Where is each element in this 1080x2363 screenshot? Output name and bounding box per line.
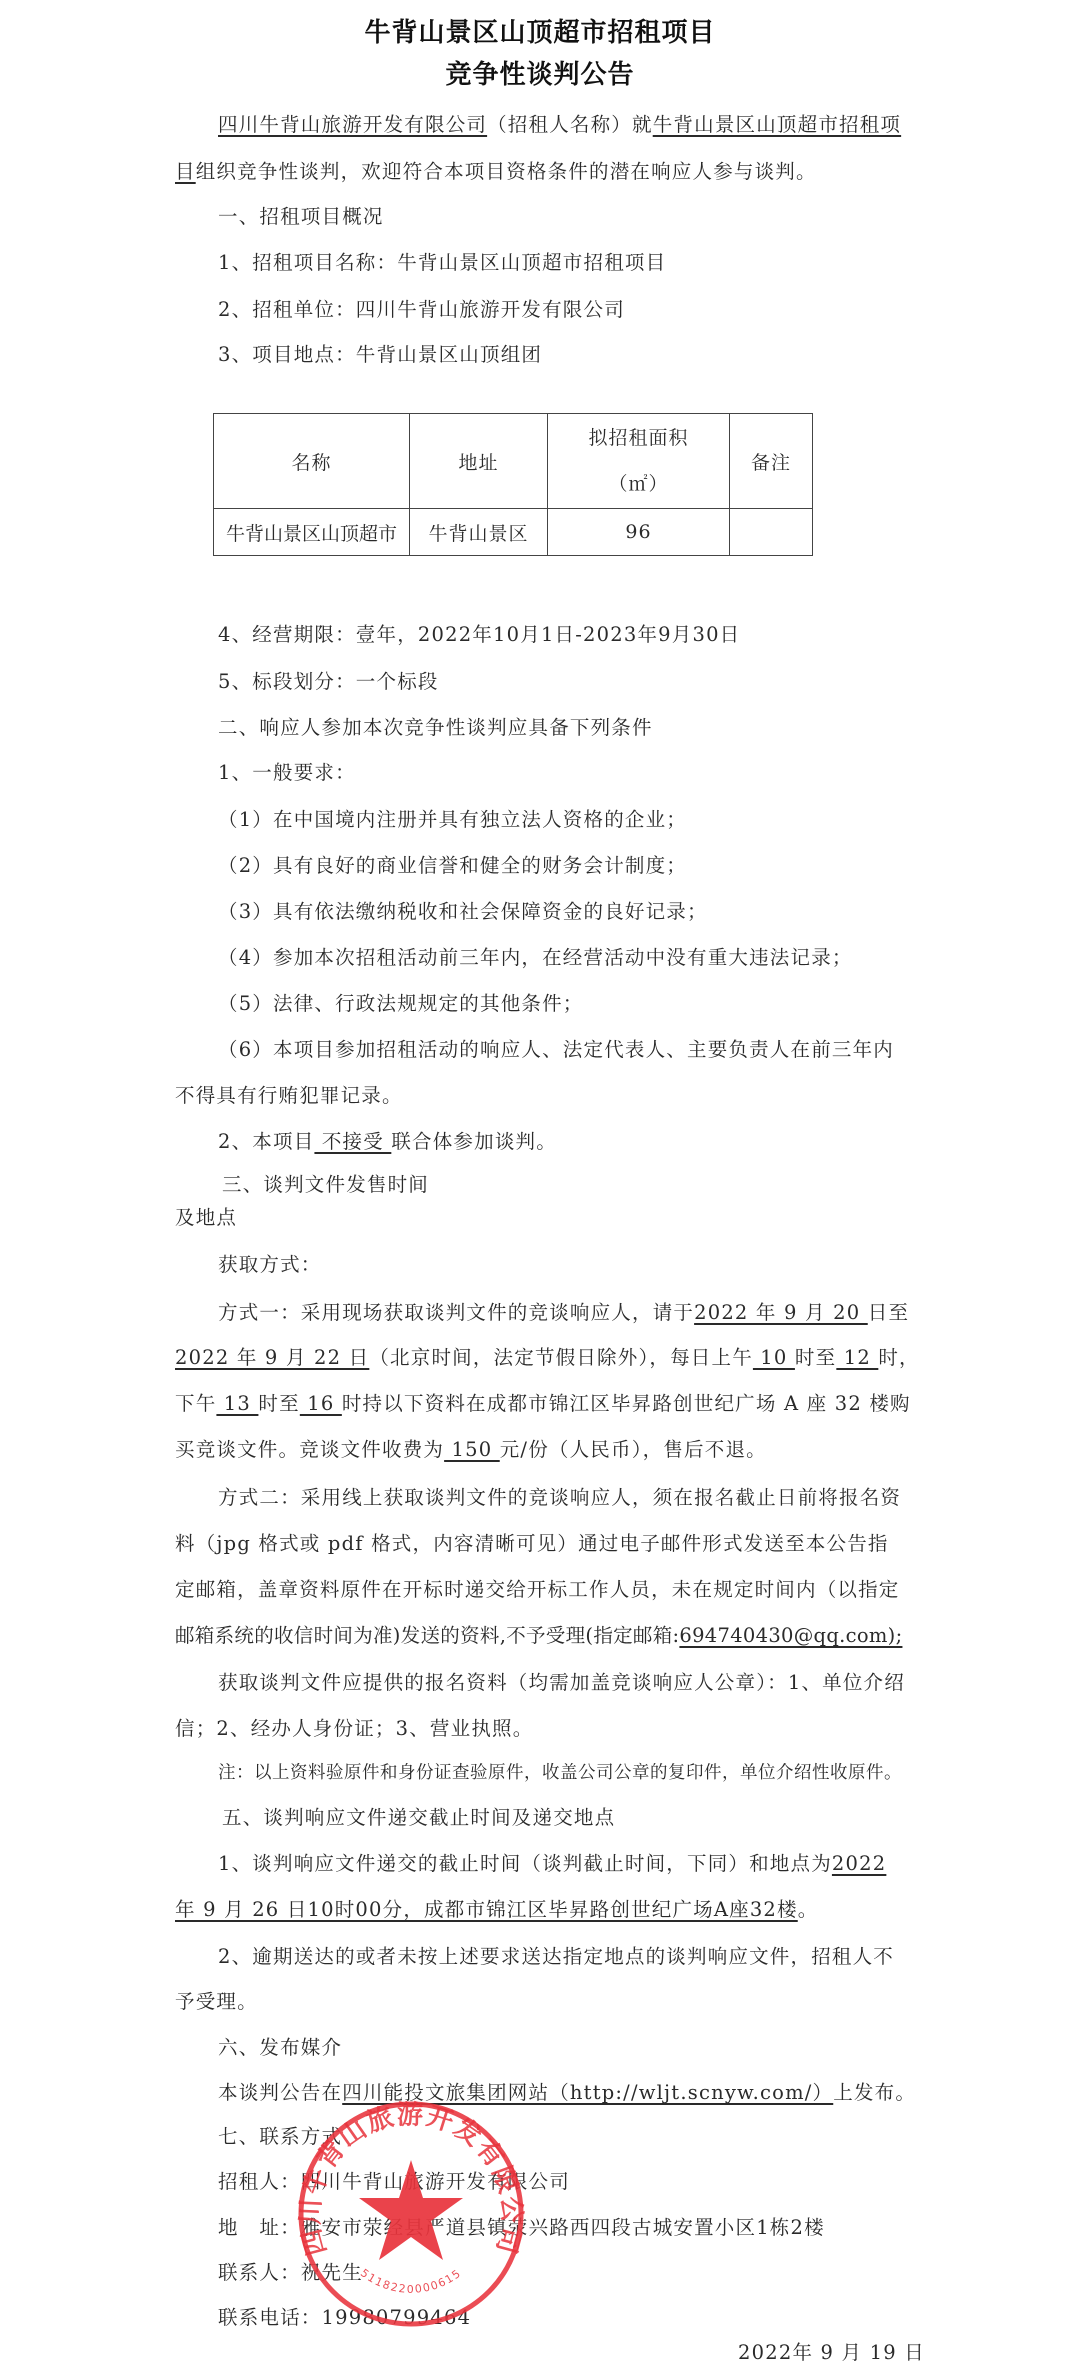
section1-item-3: 3、项目地点：牛背山景区山顶组团 (218, 343, 542, 367)
method1-line4: 买竞谈文件。竞谈文件收费为 150 元/份（人民币），售后不退。 (175, 1438, 767, 1462)
seal-icon: 四川牛背山旅游开发有限公司 5118220000615 (295, 2098, 527, 2330)
project-name: 牛背山景区山顶超市招租项 (653, 113, 901, 136)
section5-item1-line1: 1、谈判响应文件递交的截止时间（谈判截止时间，下同）和地点为2022 (218, 1852, 886, 1876)
req-2: （2）具有良好的商业信誉和健全的财务会计制度； (218, 854, 687, 878)
document-title-line2: 竞争性谈判公告 (0, 54, 1080, 91)
am-end-hour: 12 (836, 1346, 878, 1369)
section1-item-5: 5、标段划分：一个标段 (218, 670, 439, 694)
method2-line4: 邮箱系统的收信时间为准)发送的资料,不予受理(指定邮箱:694740430@qq… (175, 1624, 902, 1648)
section6-heading: 六、发布媒介 (218, 2036, 342, 2060)
section1-item-2: 2、招租单位：四川牛背山旅游开发有限公司 (218, 298, 625, 322)
cell-address: 牛背山景区 (410, 509, 548, 556)
section1-item-1: 1、招租项目名称：牛背山景区山顶超市招租项目 (218, 251, 666, 275)
section5-item2-line1: 2、逾期送达的或者未按上述要求送达指定地点的谈判响应文件，招租人不 (218, 1945, 894, 1969)
req-6: （6）本项目参加招租活动的响应人、法定代表人、主要负责人在前三年内 (218, 1038, 894, 1062)
req-4: （4）参加本次招租活动前三年内，在经营活动中没有重大违法记录； (218, 946, 853, 970)
section2-sub2: 2、本项目 不接受 联合体参加谈判。 (218, 1130, 557, 1154)
email-link[interactable]: 694740430@qq.com); (679, 1624, 902, 1647)
consortium-value: 不接受 (314, 1130, 391, 1153)
method2-line1: 方式二：采用线上获取谈判文件的竞谈响应人，须在报名截止日前将报名资 (218, 1486, 901, 1510)
cell-name: 牛背山景区山顶超市 (214, 509, 410, 556)
section2-sub1: 1、一般要求： (218, 761, 356, 785)
method1-line1: 方式一：采用现场获取谈判文件的竞谈响应人，请于2022 年 9 月 20 日至 (218, 1301, 909, 1325)
deadline-datetime-location: 年 9 月 26 日10时00分，成都市锦江区毕昇路创世纪广场A座32楼 (175, 1898, 798, 1921)
materials-note: 注：以上资料验原件和身份证查验原件，收盖公司公章的复印件，单位介绍性收原件。 (218, 1761, 902, 1785)
header-note: 备注 (730, 414, 813, 509)
header-name: 名称 (214, 414, 410, 509)
am-start-hour: 10 (753, 1346, 795, 1369)
materials-line1: 获取谈判文件应提供的报名资料（均需加盖竞谈响应人公章）：1、单位介绍 (218, 1671, 905, 1695)
svg-text:5118220000615: 5118220000615 (358, 2266, 464, 2295)
section2-heading: 二、响应人参加本次竞争性谈判应具备下列条件 (218, 716, 653, 740)
pm-start-hour: 13 (216, 1392, 258, 1415)
lessor-label: （招租人名称）就 (487, 113, 653, 136)
intro-rest: 组织竞争性谈判，欢迎符合本项目资格条件的潜在响应人参与谈判。 (196, 160, 817, 183)
table-row: 牛背山景区山顶超市 牛背山景区 96 (214, 509, 813, 556)
sale-end-date: 2022 年 9 月 22 日 (175, 1346, 369, 1369)
section3-heading: 三、谈判文件发售时间 (222, 1173, 429, 1197)
method-label: 获取方式： (218, 1253, 322, 1277)
section5-item2-line2: 予受理。 (175, 1990, 258, 2014)
section5-item1-line2: 年 9 月 26 日10时00分，成都市锦江区毕昇路创世纪广场A座32楼。 (175, 1898, 818, 1922)
document-fee: 150 (444, 1438, 500, 1461)
rental-table: 名称 地址 拟招租面积 （㎡） 备注 牛背山景区山顶超市 牛背山景区 96 (213, 413, 813, 556)
lessor-name: 四川牛背山旅游开发有限公司 (218, 113, 487, 136)
table-header-row: 名称 地址 拟招租面积 （㎡） 备注 (214, 414, 813, 509)
req-6-cont: 不得具有行贿犯罪记录。 (175, 1084, 403, 1108)
req-3: （3）具有依法缴纳税收和社会保障资金的良好记录； (218, 900, 708, 924)
method1-line3: 下午 13 时至 16 时持以下资料在成都市锦江区毕昇路创世纪广场 A 座 32… (175, 1392, 911, 1416)
section1-heading: 一、招租项目概况 (218, 205, 384, 229)
cell-note (730, 509, 813, 556)
method1-line2: 2022 年 9 月 22 日（北京时间，法定节假日除外），每日上午 10 时至… (175, 1346, 920, 1370)
intro-line1: 四川牛背山旅游开发有限公司（招租人名称）就牛背山景区山顶超市招租项 (218, 113, 901, 137)
req-1: （1）在中国境内注册并具有独立法人资格的企业； (218, 808, 687, 832)
intro-line2: 目组织竞争性谈判，欢迎符合本项目资格条件的潜在响应人参与谈判。 (175, 160, 817, 184)
materials-line2: 信；2、经办人身份证；3、营业执照。 (175, 1717, 533, 1741)
section3-heading-cont: 及地点 (175, 1206, 237, 1230)
method2-line2: 料（jpg 格式或 pdf 格式，内容清晰可见）通过电子邮件形式发送至本公告指 (175, 1532, 889, 1556)
section5-heading: 五、谈判响应文件递交截止时间及递交地点 (222, 1806, 615, 1830)
section1-item-4: 4、经营期限：壹年，2022年10月1日-2023年9月30日 (218, 623, 740, 647)
project-name-cont: 目 (175, 160, 196, 183)
req-5: （5）法律、行政法规规定的其他条件； (218, 992, 584, 1016)
sale-start-date: 2022 年 9 月 20 (694, 1301, 868, 1324)
seal-code: 5118220000615 (358, 2266, 464, 2295)
deadline-year: 2022 (832, 1852, 886, 1875)
cell-area: 96 (548, 509, 730, 556)
header-area: 拟招租面积 （㎡） (548, 414, 730, 509)
document-title-line1: 牛背山景区山顶超市招租项目 (0, 12, 1080, 49)
pm-end-hour: 16 (300, 1392, 342, 1415)
signature-date: 2022年 9 月 19 日 (738, 2341, 925, 2363)
company-seal: 四川牛背山旅游开发有限公司 5118220000615 (295, 2098, 527, 2330)
method2-line3: 定邮箱，盖章资料原件在开标时递交给开标工作人员，未在规定时间内（以指定 (175, 1578, 900, 1602)
header-address: 地址 (410, 414, 548, 509)
